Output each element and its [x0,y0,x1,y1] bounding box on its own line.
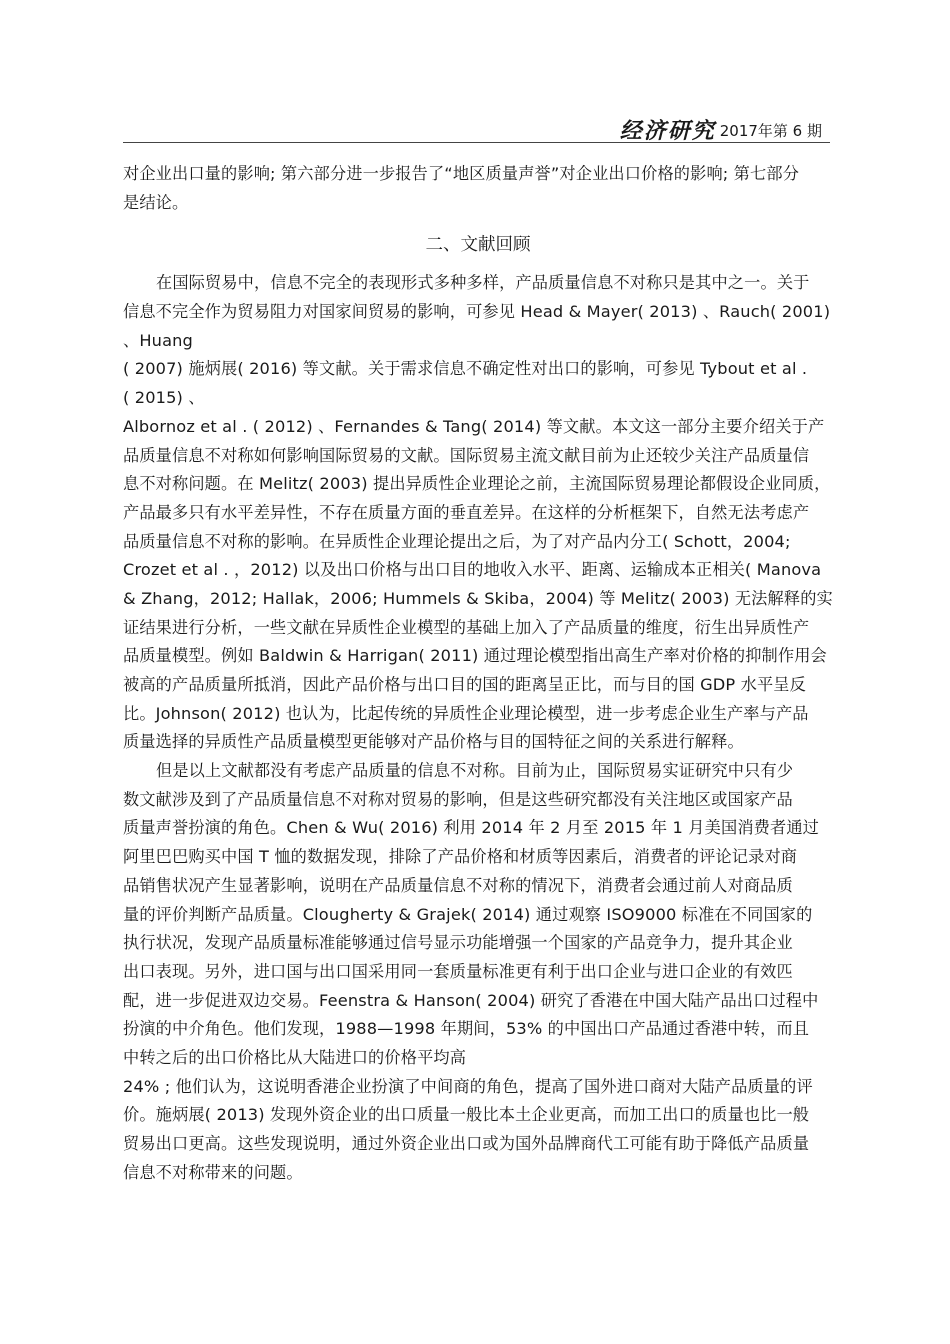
paragraph-2: 但是以上文献都没有考虑产品质量的信息不对称。目前为止，国际贸易实证研究中只有少 … [123,757,833,1187]
text-line: Albornoz et al . ( 2012) 、Fernandes & Ta… [123,413,833,442]
text-line: 质量选择的异质性产品质量模型更能够对产品价格与目的国特征之间的关系进行解释。 [123,728,833,757]
text-line: 但是以上文献都没有考虑产品质量的信息不对称。目前为止，国际贸易实证研究中只有少 [123,757,833,786]
intro-paragraph: 对企业出口量的影响; 第六部分进一步报告了“地区质量声誉”对企业出口价格的影响;… [123,160,833,217]
text-line: 产品最多只有水平差异性，不存在质量方面的垂直差异。在这样的分析框架下，自然无法考… [123,499,833,528]
header-rule [123,142,830,143]
text-line: 息不对称问题。在 Melitz( 2003) 提出异质性企业理论之前，主流国际贸… [123,470,833,499]
text-line: 品质量信息不对称如何影响国际贸易的文献。国际贸易主流文献目前为止还较少关注产品质… [123,442,833,471]
running-header: 经济研究2017年第 6 期 [123,108,830,142]
text-line: 阿里巴巴购买中国 T 恤的数据发现，排除了产品价格和材质等因素后，消费者的评论记… [123,843,833,872]
text-line: 量的评价判断产品质量。Clougherty & Grajek( 2014) 通过… [123,901,833,930]
text-line: 被高的产品质量所抵消，因此产品价格与出口目的国的距离呈正比，而与目的国 GDP … [123,671,833,700]
text-line: 扮演的中介角色。他们发现，1988—1998 年期间，53% 的中国出口产品通过… [123,1015,833,1044]
text-line: 证结果进行分析，一些文献在异质性企业模型的基础上加入了产品质量的维度，衍生出异质… [123,614,833,643]
text-line: 执行状况，发现产品质量标准能够通过信号显示功能增强一个国家的产品竞争力，提升其企… [123,929,833,958]
text-line: 信息不对称带来的问题。 [123,1159,833,1188]
text-line: 在国际贸易中，信息不完全的表现形式多种多样，产品质量信息不对称只是其中之一。关于 [123,269,833,298]
text-line: 中转之后的出口价格比从大陆进口的价格平均高 [123,1044,833,1073]
text-line: 对企业出口量的影响; 第六部分进一步报告了“地区质量声誉”对企业出口价格的影响;… [123,160,833,189]
text-line: & Zhang，2012; Hallak，2006; Hummels & Ski… [123,585,833,614]
text-line: ( 2015) 、 [123,384,833,413]
text-line: ( 2007) 施炳展( 2016) 等文献。关于需求信息不确定性对出口的影响，… [123,355,833,384]
text-line: 贸易出口更高。这些发现说明，通过外资企业出口或为国外品牌商代工可能有助于降低产品… [123,1130,833,1159]
paragraph-1: 在国际贸易中，信息不完全的表现形式多种多样，产品质量信息不对称只是其中之一。关于… [123,269,833,757]
text-line: 24% ; 他们认为，这说明香港企业扮演了中间商的角色，提高了国外进口商对大陆产… [123,1073,833,1102]
text-line: 价。施炳展( 2013) 发现外资企业的出口质量一般比本土企业更高，而加工出口的… [123,1101,833,1130]
section-heading: 二、文献回顾 [123,221,833,269]
text-line: 品质量信息不对称的影响。在异质性企业理论提出之后，为了对产品内分工( Schot… [123,528,833,557]
text-line: 出口表现。另外，进口国与出口国采用同一套质量标准更有利于出口企业与进口企业的有效… [123,958,833,987]
text-line: 比。Johnson( 2012) 也认为，比起传统的异质性企业理论模型，进一步考… [123,700,833,729]
text-line: 是结论。 [123,189,833,218]
text-line: 数文献涉及到了产品质量信息不对称对贸易的影响，但是这些研究都没有关注地区或国家产… [123,786,833,815]
article-body: 对企业出口量的影响; 第六部分进一步报告了“地区质量声誉”对企业出口价格的影响;… [123,160,833,1187]
journal-issue: 经济研究2017年第 6 期 [620,114,822,145]
text-line: 信息不完全作为贸易阻力对国家间贸易的影响，可参见 Head & Mayer( 2… [123,298,833,327]
issue-label: 2017年第 6 期 [720,122,822,140]
text-line: 品质量模型。例如 Baldwin & Harrigan( 2011) 通过理论模… [123,642,833,671]
text-line: Crozet et al . ，2012) 以及出口价格与出口目的地收入水平、距… [123,556,833,585]
text-line: 质量声誉扮演的角色。Chen & Wu( 2016) 利用 2014 年 2 月… [123,814,833,843]
text-line: 、Huang [123,327,833,356]
text-line: 品销售状况产生显著影响，说明在产品质量信息不对称的情况下，消费者会通过前人对商品… [123,872,833,901]
text-line: 配，进一步促进双边交易。Feenstra & Hanson( 2004) 研究了… [123,987,833,1016]
journal-logo: 经济研究 [620,118,716,144]
